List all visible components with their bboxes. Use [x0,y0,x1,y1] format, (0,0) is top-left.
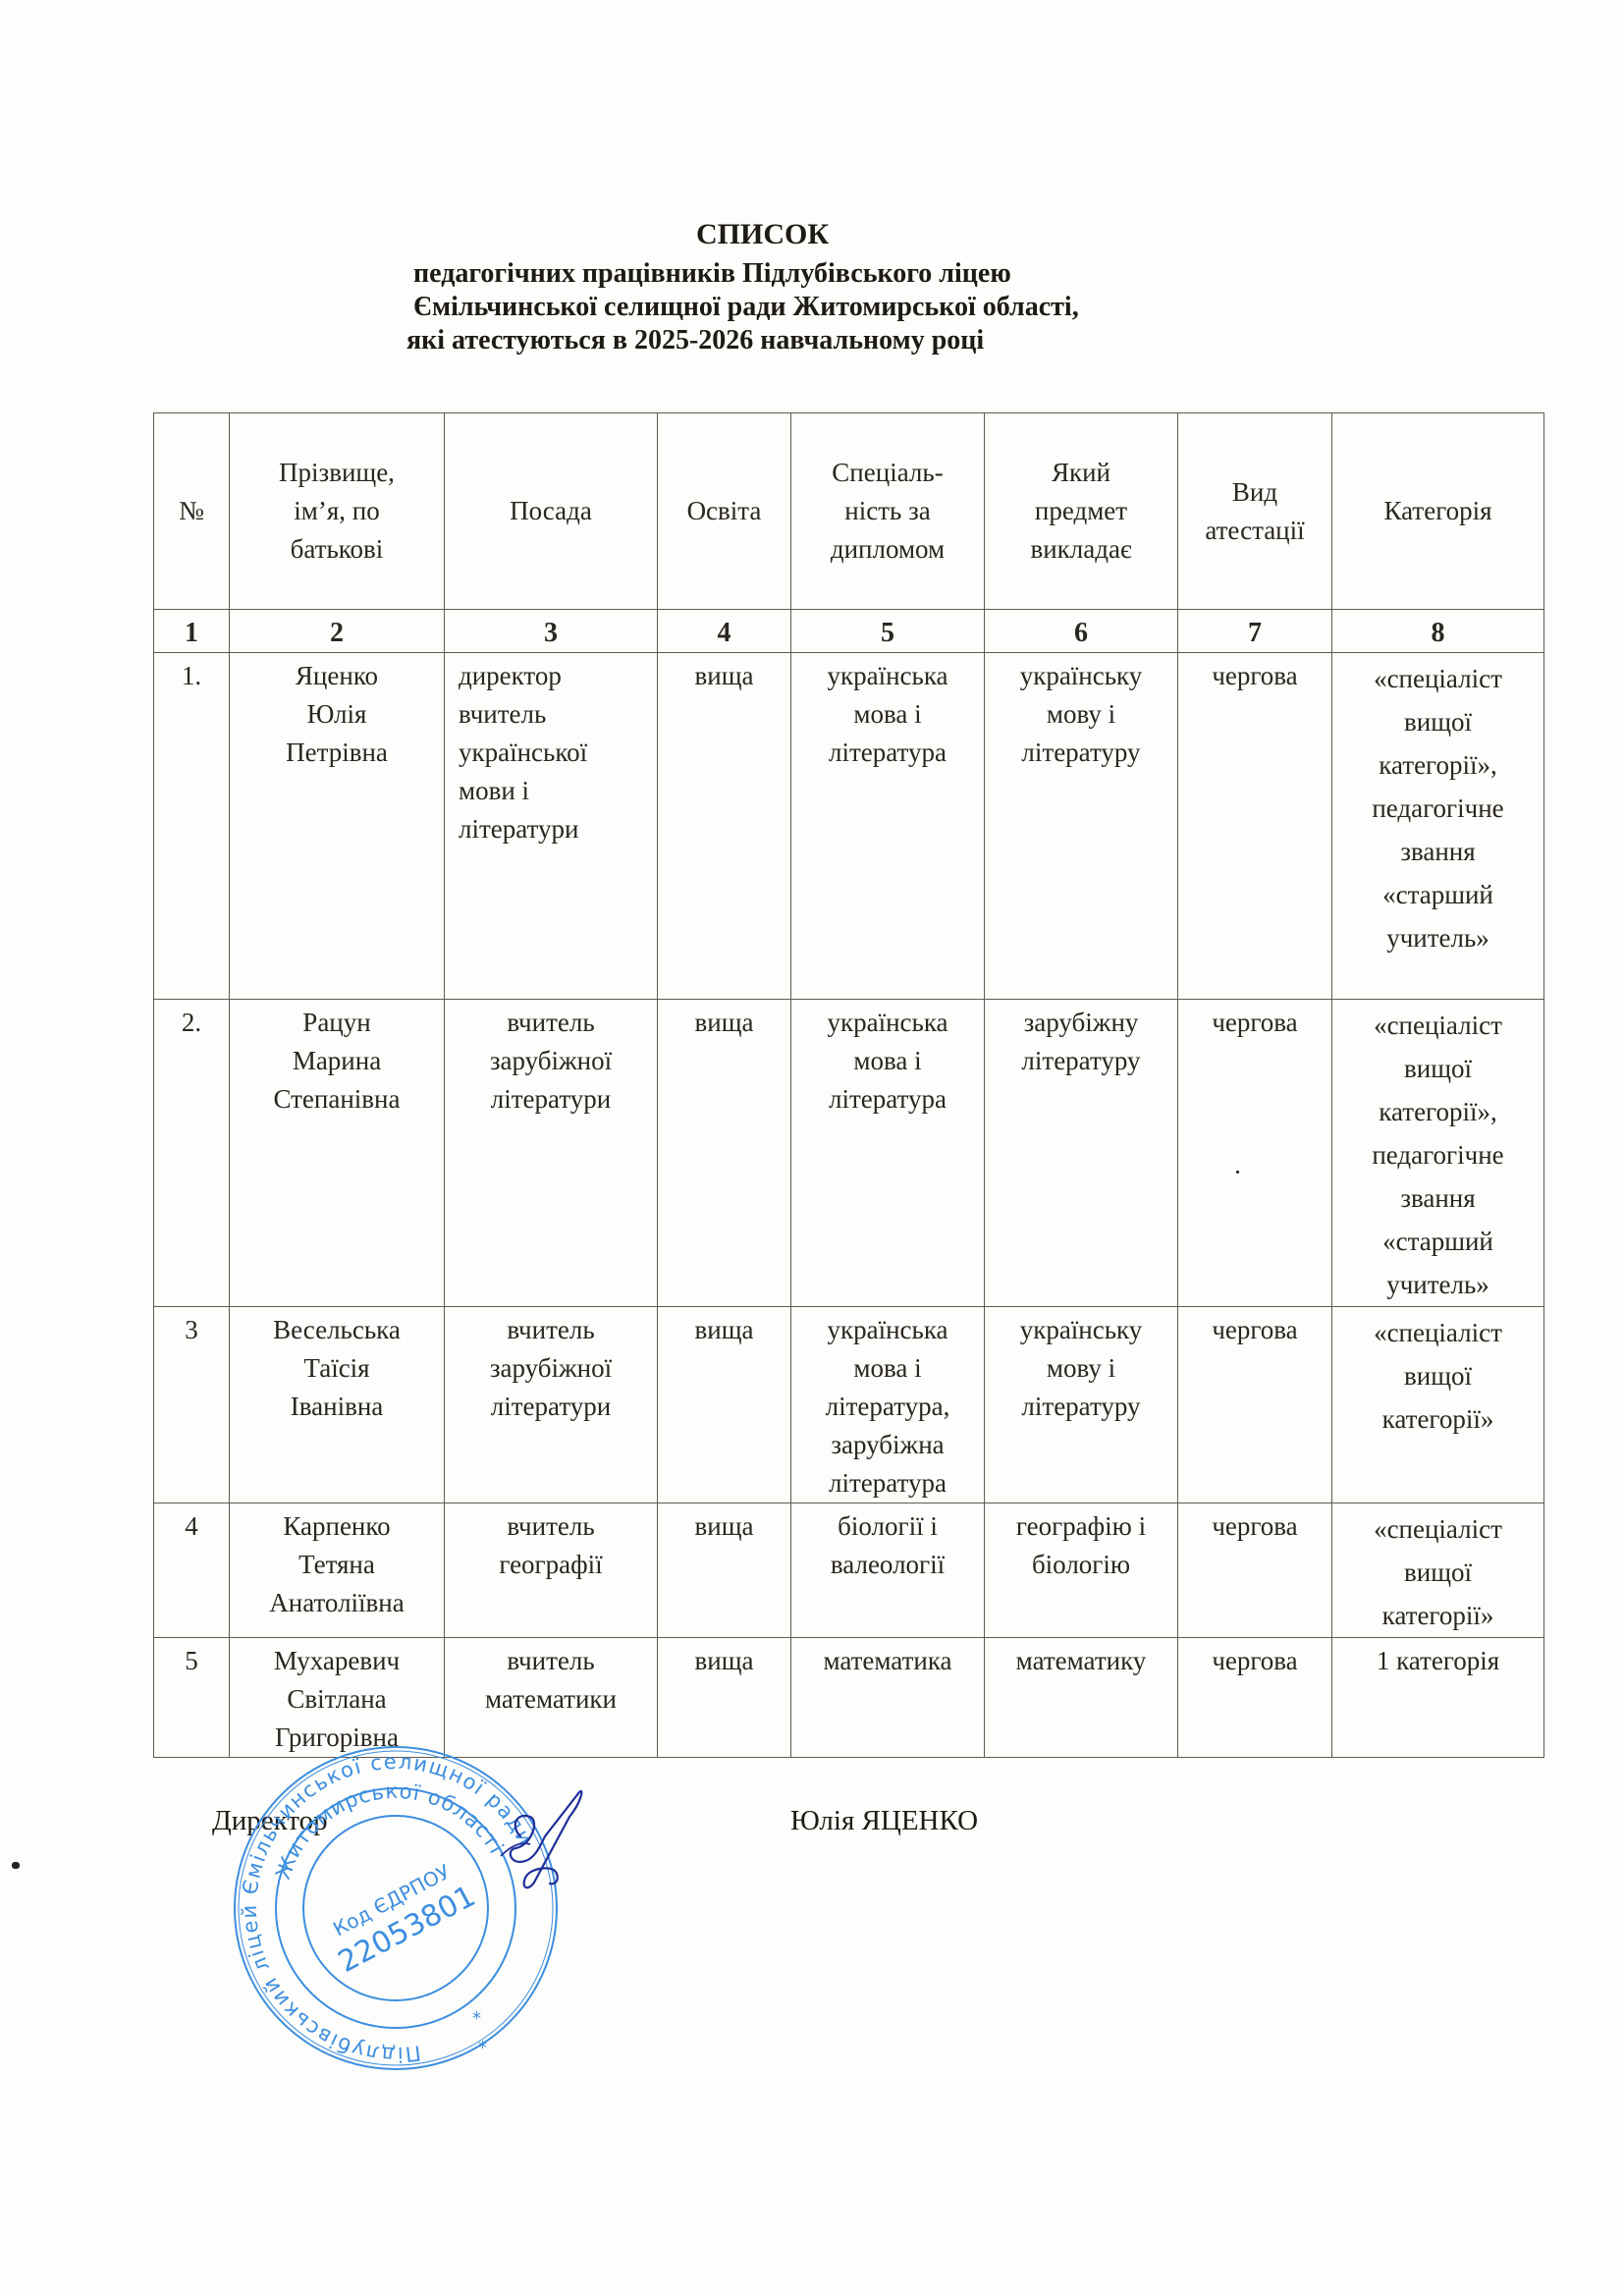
subject-taught-line: літературу [985,1042,1177,1080]
position: вчительматематики [445,1638,658,1758]
category-line: 1 категорія [1332,1642,1543,1680]
diploma-specialty: українськамова ілітература [791,653,985,1000]
header-category-line: Категорія [1332,492,1543,530]
category: «спеціаліствищоїкатегорії» [1332,1307,1544,1503]
category-line: педагогічне [1332,787,1543,830]
category-line: звання [1332,1176,1543,1220]
subject-taught: українськумову ілітературу [985,653,1178,1000]
diploma-specialty-line: зарубіжна [791,1426,984,1464]
education-line: вища [658,1004,790,1042]
table-row: 5МухаревичСвітланаГригорівнавчительматем… [154,1638,1544,1758]
full-name-line: Степанівна [230,1080,444,1119]
full-name-line: Мухаревич [230,1642,444,1680]
attestation-type: чергова [1178,653,1332,1000]
subject-taught-line: мову і [985,1349,1177,1388]
diploma-specialty-line: українська [791,1311,984,1349]
attestation-type: чергова [1178,1307,1332,1503]
full-name-line: Тетяна [230,1546,444,1584]
header-diploma-specialty-line: дипломом [791,530,984,569]
scan-mark [1236,1171,1239,1174]
full-name-line: Яценко [230,657,444,695]
position: директорвчительукраїнськоїмови ілітерату… [445,653,658,1000]
table-row: 2.РацунМаринаСтепанівнавчительзарубіжної… [154,1000,1544,1307]
category: «спеціаліствищоїкатегорії» [1332,1503,1544,1638]
stamp-star-icon: * [472,2008,481,2029]
attestation-table: №Прізвище,ім’я, побатьковіПосадаОсвітаСп… [153,412,1544,1758]
table-header-row: №Прізвище,ім’я, побатьковіПосадаОсвітаСп… [154,413,1544,610]
header-full-name: Прізвище,ім’я, побатькові [230,413,445,610]
column-number: 1 [154,610,230,653]
position-line: вчитель [445,1642,657,1680]
category-line: звання [1332,830,1543,873]
subject-taught: зарубіжнулітературу [985,1000,1178,1307]
diploma-specialty-line: українська [791,657,984,695]
category-line: «старший [1332,1220,1543,1263]
header-subject-taught-line: предмет [985,492,1177,530]
category-line: «спеціаліст [1332,657,1543,700]
full-name-line: Петрівна [230,734,444,772]
stamp-star-icon: * [478,2038,487,2058]
header-position: Посада [445,413,658,610]
education: вища [658,1000,791,1307]
row-number: 1. [154,653,230,1000]
position: вчительзарубіжноїлітератури [445,1000,658,1307]
position-line: географії [445,1546,657,1584]
category-line: категорії» [1332,1594,1543,1637]
category-line: вищої [1332,1551,1543,1594]
category-line: «спеціаліст [1332,1507,1543,1551]
diploma-specialty-line: мова і [791,695,984,734]
handwritten-signature [491,1787,589,1900]
header-subject-taught-line: викладає [985,530,1177,569]
row-number-line: 3 [154,1311,229,1349]
diploma-specialty: українськамова ілітература,зарубіжналіте… [791,1307,985,1503]
position-line: вчитель [445,1507,657,1546]
full-name: РацунМаринаСтепанівна [230,1000,445,1307]
category: «спеціаліствищоїкатегорії»,педагогічнезв… [1332,653,1544,1000]
position-line: літератури [459,810,657,848]
position-line: літератури [445,1388,657,1426]
column-number: 4 [658,610,791,653]
column-number: 7 [1178,610,1332,653]
subject-taught-line: зарубіжну [985,1004,1177,1042]
position-line: вчитель [445,1311,657,1349]
category-line: учитель» [1332,916,1543,959]
diploma-specialty-line: література, [791,1388,984,1426]
diploma-specialty-line: біології і [791,1507,984,1546]
diploma-specialty-line: українська [791,1004,984,1042]
category-line: учитель» [1332,1263,1543,1306]
full-name: ВесельськаТаїсіяІванівна [230,1307,445,1503]
position: вчительгеографії [445,1503,658,1638]
education: вища [658,653,791,1000]
education-line: вища [658,1311,790,1349]
full-name-line: Іванівна [230,1388,444,1426]
header-full-name-line: Прізвище, [230,454,444,492]
document-subtitle-line-3: які атестуються в 2025-2026 навчальному … [406,324,984,357]
position-line: літератури [445,1080,657,1119]
category-line: вищої [1332,1354,1543,1397]
position-line: вчитель [459,695,657,734]
category-line: категорії», [1332,1090,1543,1133]
attestation-type: чергова [1178,1000,1332,1307]
position-line: директор [459,657,657,695]
header-attestation-type-line: Вид [1178,473,1331,512]
education: вища [658,1638,791,1758]
category-line: «спеціаліст [1332,1004,1543,1047]
subject-taught-line: літературу [985,734,1177,772]
full-name-line: Юлія [230,695,444,734]
position-line: вчитель [445,1004,657,1042]
signature-name: Юлія ЯЦЕНКО [790,1805,978,1837]
subject-taught-line: літературу [985,1388,1177,1426]
header-full-name-line: батькові [230,530,444,569]
full-name-line: Карпенко [230,1507,444,1546]
full-name-line: Весельська [230,1311,444,1349]
category: «спеціаліствищоїкатегорії»,педагогічнезв… [1332,1000,1544,1307]
row-number: 5 [154,1638,230,1758]
attestation-type-line: чергова [1178,657,1331,695]
attestation-type-line: чергова [1178,1642,1331,1680]
attestation-type-line: чергова [1178,1311,1331,1349]
table-row: 3ВесельськаТаїсіяІванівнавчительзарубіжн… [154,1307,1544,1503]
subject-taught: географію ібіологію [985,1503,1178,1638]
header-diploma-specialty: Спеціаль-ність задипломом [791,413,985,610]
row-number: 3 [154,1307,230,1503]
category-line: категорії» [1332,1397,1543,1441]
category-line: вищої [1332,700,1543,743]
category-line: «спеціаліст [1332,1311,1543,1354]
table-row: 1.ЯценкоЮліяПетрівнадиректорвчительукраї… [154,653,1544,1000]
diploma-specialty-line: література [791,1080,984,1119]
diploma-specialty: українськамова ілітература [791,1000,985,1307]
position-line: української [459,734,657,772]
full-name-line: Таїсія [230,1349,444,1388]
row-number-line: 5 [154,1642,229,1680]
header-category: Категорія [1332,413,1544,610]
position-line: мови і [459,772,657,810]
subject-taught-line: мову і [985,695,1177,734]
diploma-specialty-line: валеології [791,1546,984,1584]
category-line: категорії», [1332,743,1543,787]
subject-taught: українськумову ілітературу [985,1307,1178,1503]
subject-taught-line: географію і [985,1507,1177,1546]
column-number-row: 12345678 [154,610,1544,653]
attestation-type-line: чергова [1178,1507,1331,1546]
subject-taught-line: біологію [985,1546,1177,1584]
full-name-line: Рацун [230,1004,444,1042]
subject-taught-line: українську [985,1311,1177,1349]
category-line: педагогічне [1332,1133,1543,1176]
education-line: вища [658,657,790,695]
attestation-type: чергова [1178,1503,1332,1638]
header-number-line: № [154,492,229,530]
diploma-specialty-line: математика [791,1642,984,1680]
education: вища [658,1503,791,1638]
header-subject-taught: Якийпредметвикладає [985,413,1178,610]
education: вища [658,1307,791,1503]
diploma-specialty-line: мова і [791,1349,984,1388]
header-education-line: Освіта [658,492,790,530]
column-number: 5 [791,610,985,653]
column-number: 3 [445,610,658,653]
diploma-specialty: математика [791,1638,985,1758]
position-line: зарубіжної [445,1042,657,1080]
position-line: зарубіжної [445,1349,657,1388]
full-name: КарпенкоТетянаАнатоліївна [230,1503,445,1638]
header-subject-taught-line: Який [985,454,1177,492]
row-number: 4 [154,1503,230,1638]
row-number: 2. [154,1000,230,1307]
full-name-line: Світлана [230,1680,444,1719]
column-number: 6 [985,610,1178,653]
full-name: ЯценкоЮліяПетрівна [230,653,445,1000]
header-position-line: Посада [445,492,657,530]
subject-taught-line: математику [985,1642,1177,1680]
document-subtitle-line-1: педагогічних працівників Підлубівського … [413,257,1011,291]
category: 1 категорія [1332,1638,1544,1758]
attestation-type: чергова [1178,1638,1332,1758]
header-number: № [154,413,230,610]
diploma-specialty: біології івалеології [791,1503,985,1638]
diploma-specialty-line: література [791,734,984,772]
header-diploma-specialty-line: ність за [791,492,984,530]
full-name: МухаревичСвітланаГригорівна [230,1638,445,1758]
header-attestation-type-line: атестації [1178,512,1331,550]
table-row: 4КарпенкоТетянаАнатоліївнавчительгеограф… [154,1503,1544,1638]
position: вчительзарубіжноїлітератури [445,1307,658,1503]
header-full-name-line: ім’я, по [230,492,444,530]
column-number: 2 [230,610,445,653]
diploma-specialty-line: література [791,1464,984,1503]
document-title: СПИСОК [696,218,829,251]
education-line: вища [658,1642,790,1680]
category-line: вищої [1332,1047,1543,1090]
document-subtitle-line-2: Ємільчинської селищної ради Житомирської… [413,291,1079,324]
header-diploma-specialty-line: Спеціаль- [791,454,984,492]
scan-mark [12,1862,20,1869]
subject-taught: математику [985,1638,1178,1758]
column-number: 8 [1332,610,1544,653]
row-number-line: 2. [154,1004,229,1042]
header-attestation-type: Видатестації [1178,413,1332,610]
header-education: Освіта [658,413,791,610]
full-name-line: Анатоліївна [230,1584,444,1622]
attestation-type-line: чергова [1178,1004,1331,1042]
position-line: математики [445,1680,657,1719]
diploma-specialty-line: мова і [791,1042,984,1080]
education-line: вища [658,1507,790,1546]
row-number-line: 1. [154,657,229,695]
subject-taught-line: українську [985,657,1177,695]
category-line: «старший [1332,873,1543,916]
full-name-line: Марина [230,1042,444,1080]
row-number-line: 4 [154,1507,229,1546]
